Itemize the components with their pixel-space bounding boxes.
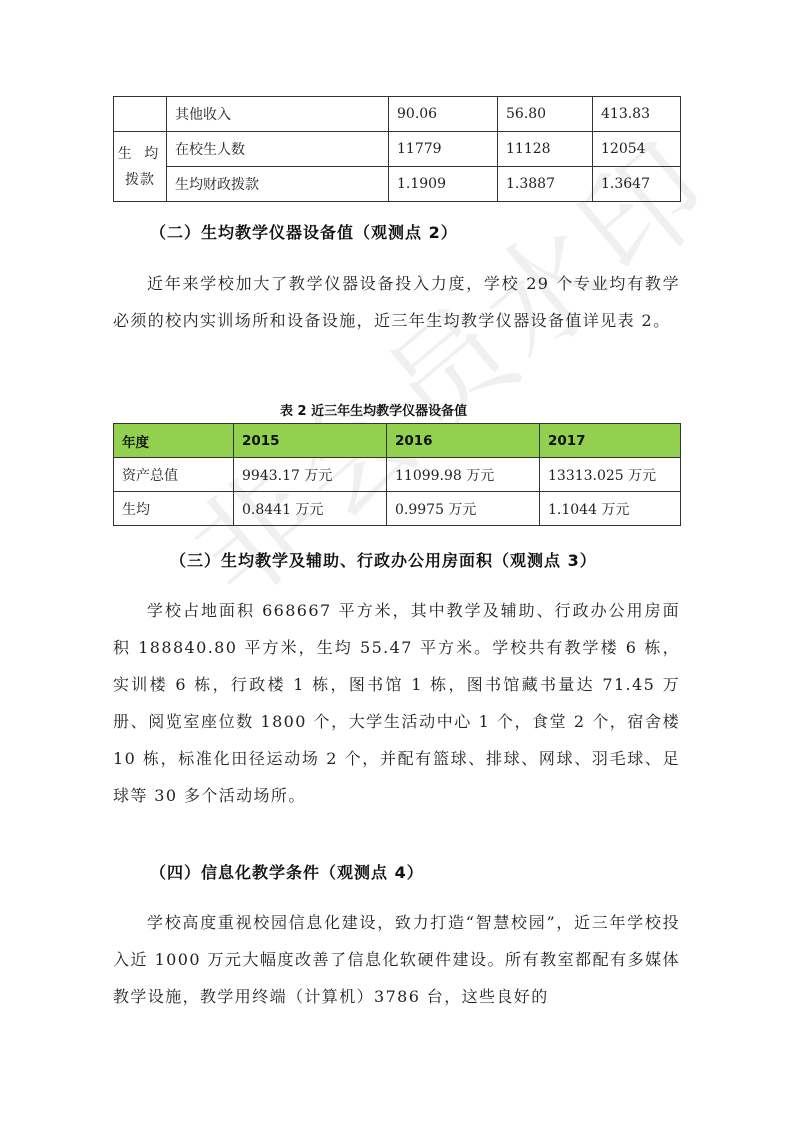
table-cell: 12054 (593, 132, 681, 167)
table-cell: 1.3887 (498, 167, 593, 202)
table-cell: 90.06 (389, 97, 498, 132)
table-header-row: 年度 2015 2016 2017 (114, 424, 681, 458)
table-cell: 其他收入 (167, 97, 389, 132)
table-cell: 9943.17 万元 (234, 458, 387, 492)
group-label-line: 生 均 (114, 141, 166, 167)
table-header-cell: 2015 (234, 424, 387, 458)
table-cell: 11128 (498, 132, 593, 167)
section-paragraph: 近年来学校加大了教学仪器设备投入力度，学校 29 个专业均有教学必须的校内实训场… (113, 265, 680, 339)
section-heading: （三）生均教学及辅助、行政办公用房面积（观测点 3） (170, 548, 597, 571)
table-cell: 在校生人数 (167, 132, 389, 167)
table-cell: 11099.98 万元 (387, 458, 540, 492)
table-cell: 0.9975 万元 (387, 492, 540, 526)
table-caption: 表 2 近三年生均教学仪器设备值 (280, 400, 467, 419)
equipment-value-table: 年度 2015 2016 2017 资产总值 9943.17 万元 11099.… (113, 423, 681, 526)
table-cell: 1.3647 (593, 167, 681, 202)
table-cell: 生均财政拨款 (167, 167, 389, 202)
funding-table: 其他收入 90.06 56.80 413.83 生 均 拨款 在校生人数 117… (113, 96, 681, 202)
group-label-line: 拨款 (114, 167, 166, 193)
table-row: 其他收入 90.06 56.80 413.83 (114, 97, 681, 132)
table-cell (114, 97, 167, 132)
table-cell: 13313.025 万元 (540, 458, 681, 492)
table-header-cell: 年度 (114, 424, 234, 458)
section-heading: （二）生均教学仪器设备值（观测点 2） (150, 220, 458, 243)
table-cell: 生均 (114, 492, 234, 526)
table-cell: 11779 (389, 132, 498, 167)
table-cell: 56.80 (498, 97, 593, 132)
table-cell: 1.1044 万元 (540, 492, 681, 526)
table-row: 生均财政拨款 1.1909 1.3887 1.3647 (114, 167, 681, 202)
table-cell: 资产总值 (114, 458, 234, 492)
table-cell: 1.1909 (389, 167, 498, 202)
table-row: 生均 0.8441 万元 0.9975 万元 1.1044 万元 (114, 492, 681, 526)
table-cell: 413.83 (593, 97, 681, 132)
table-cell: 0.8441 万元 (234, 492, 387, 526)
table-row: 资产总值 9943.17 万元 11099.98 万元 13313.025 万元 (114, 458, 681, 492)
section-paragraph: 学校高度重视校园信息化建设，致力打造“智慧校园”，近三年学校投入近 1000 万… (113, 904, 680, 1015)
section-heading: （四）信息化教学条件（观测点 4） (150, 860, 424, 883)
table-header-cell: 2017 (540, 424, 681, 458)
group-label-cell: 生 均 拨款 (114, 132, 167, 202)
table-header-cell: 2016 (387, 424, 540, 458)
section-paragraph: 学校占地面积 668667 平方米，其中教学及辅助、行政办公用房面积 18884… (113, 592, 680, 814)
table-row: 生 均 拨款 在校生人数 11779 11128 12054 (114, 132, 681, 167)
